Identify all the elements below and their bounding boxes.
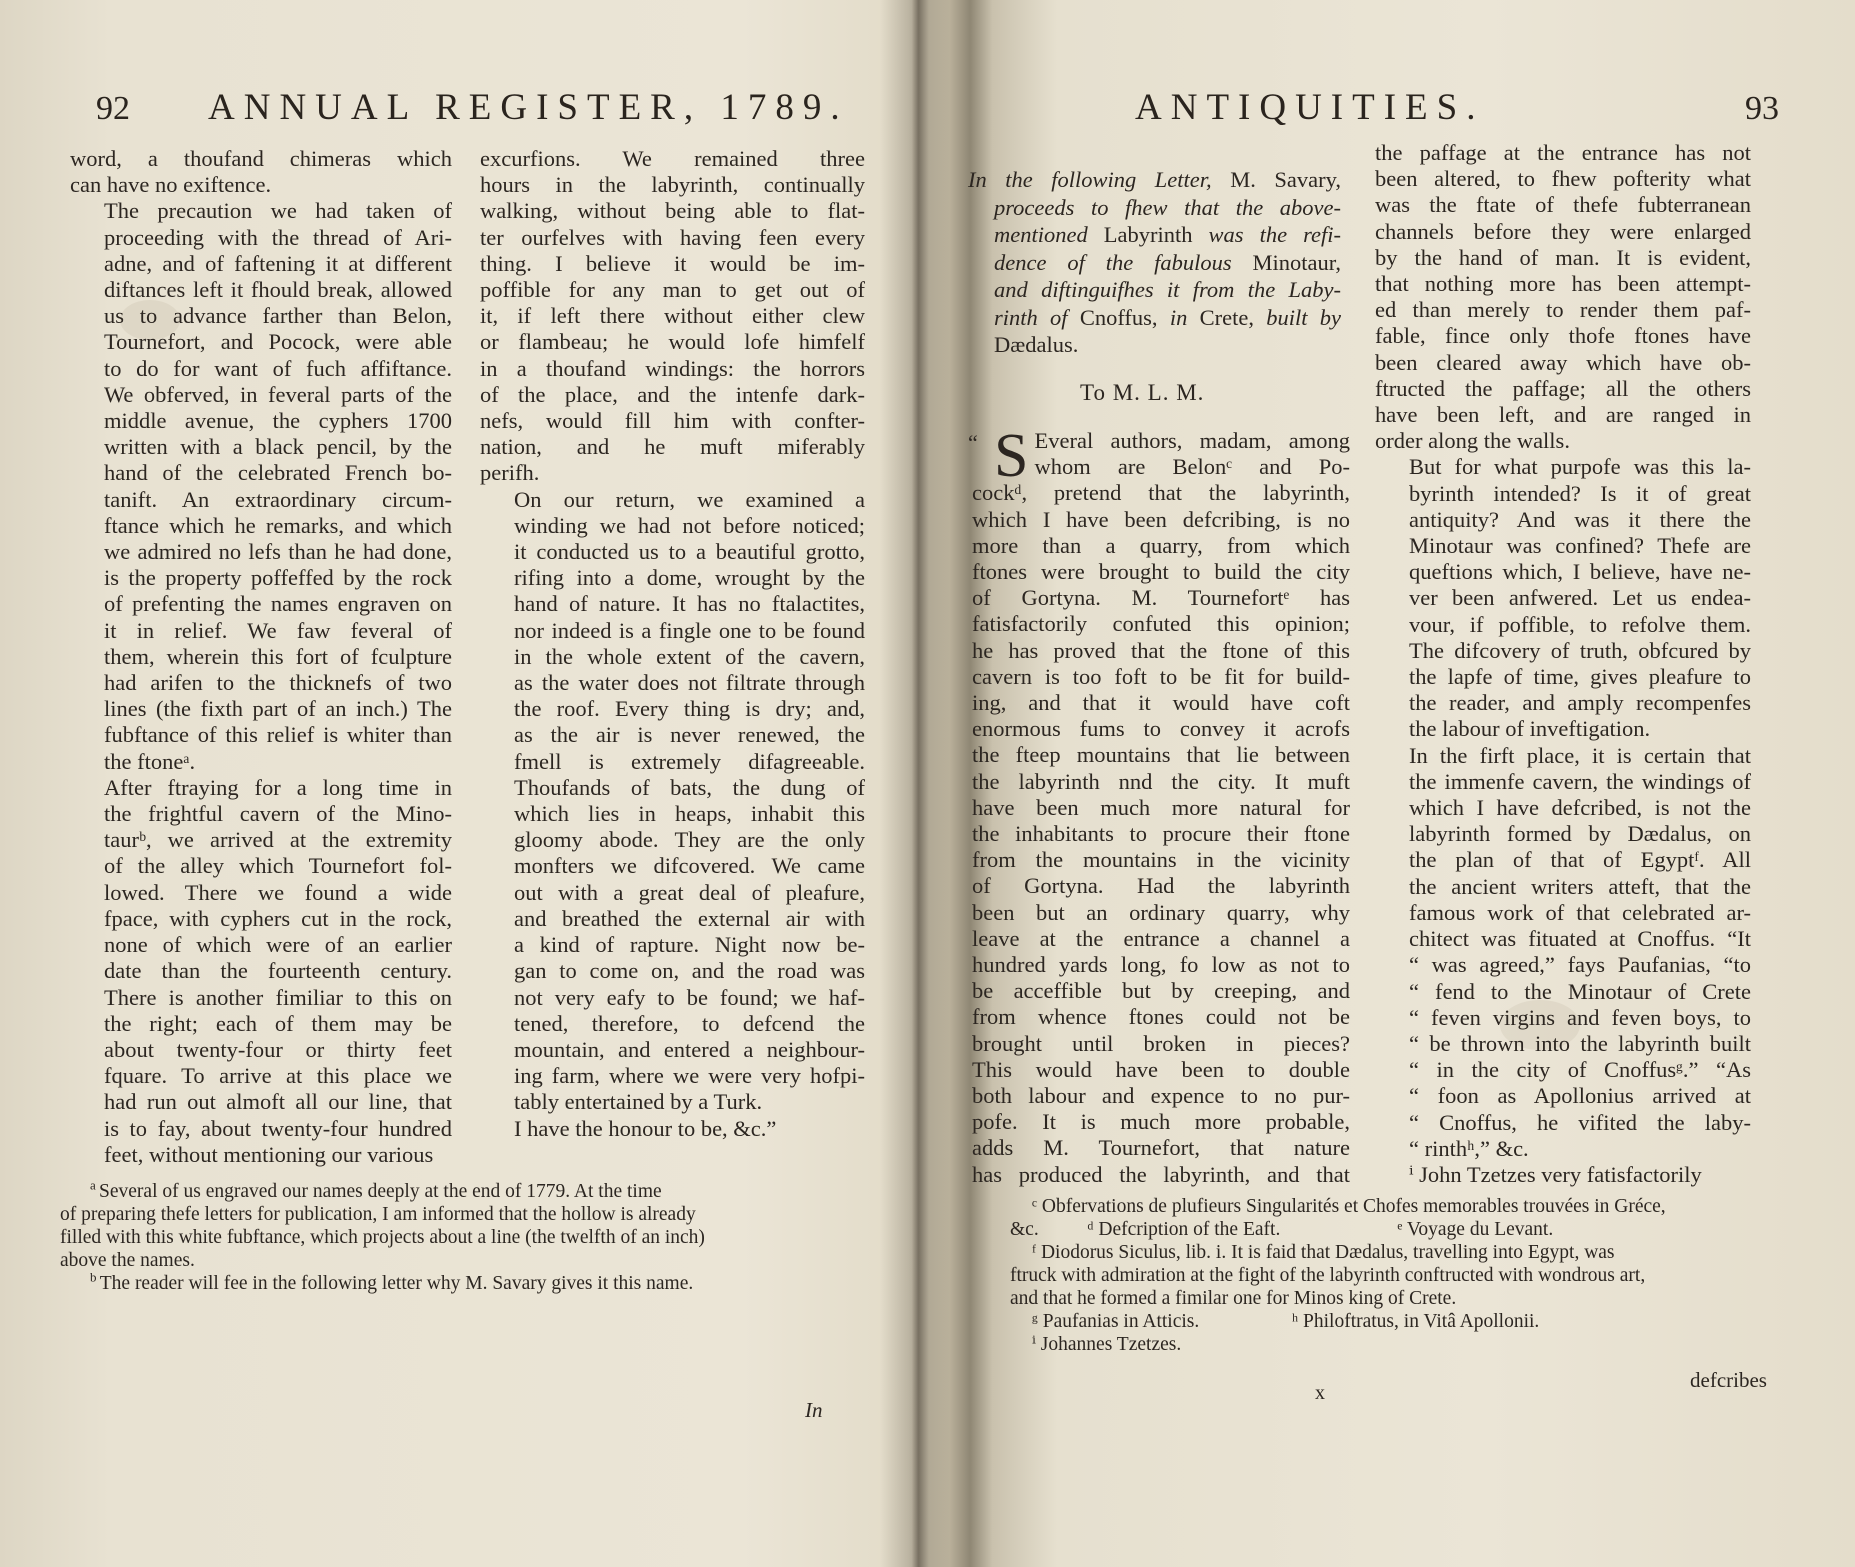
running-head: ANNUAL REGISTER, 1789. bbox=[208, 86, 849, 129]
text-line: In the firft place, it is certain that bbox=[1375, 743, 1751, 769]
text-line: “ fend to the Minotaur of Crete bbox=[1375, 979, 1751, 1005]
text-line: the inhabitants to procure their ftone bbox=[972, 821, 1350, 847]
text-line: a kind of rapture. Night now be- bbox=[480, 932, 865, 958]
text-line: “ was agreed,” fays Paufanias, “to bbox=[1375, 952, 1751, 978]
text-line: Tournefort, and Pocock, were able bbox=[70, 329, 452, 355]
text-line: fable, fince only thofe ftones have bbox=[1375, 323, 1751, 349]
text-line: from the mountains in the vicinity bbox=[972, 847, 1350, 873]
text-line: from whence ftones could not be bbox=[972, 1004, 1350, 1030]
book-gutter bbox=[880, 0, 950, 1567]
text-line: it, if left there without either clew bbox=[480, 303, 865, 329]
footnote-line: ᶜ Obfervations de plufieurs Singularités… bbox=[1010, 1195, 1790, 1218]
text-line: the roof. Every thing is dry; and, bbox=[480, 696, 865, 722]
text-line: byrinth intended? Is it of great bbox=[1375, 481, 1751, 507]
paragraph: the paffage at the entrance has notbeen … bbox=[1375, 140, 1751, 454]
text-line: as the water does not filtrate through bbox=[480, 670, 865, 696]
intro-segment: Minotaur, bbox=[1253, 250, 1341, 275]
text-line: of the alley which Tournefort fol- bbox=[70, 853, 452, 879]
text-line: them, wherein this fort of fculpture bbox=[70, 644, 452, 670]
text-line: the frightful cavern of the Mino- bbox=[70, 801, 452, 827]
text-line: of the place, and the intenfe dark- bbox=[480, 382, 865, 408]
text-line: the ancient writers atteft, that the bbox=[1375, 874, 1751, 900]
text-line: walking, without being able to flat- bbox=[480, 198, 865, 224]
text-line: the reader, and amply recompenfes bbox=[1375, 690, 1751, 716]
text-line: ed than merely to render them paf- bbox=[1375, 297, 1751, 323]
text-line: that nothing more has been attempt- bbox=[1375, 271, 1751, 297]
text-line: hundred yards long, fo low as not to bbox=[972, 952, 1350, 978]
paragraph: word, a thoufand chimeras whichcan have … bbox=[70, 146, 452, 198]
text-line: which I have defcribed, is not the bbox=[1375, 795, 1751, 821]
text-line: been but an ordinary quarry, why bbox=[972, 900, 1350, 926]
text-line: thing. I believe it would be im- bbox=[480, 251, 865, 277]
catchword: defcribes bbox=[1690, 1368, 1767, 1393]
text-line: the right; each of them may be bbox=[70, 1011, 452, 1037]
text-line: cockᵈ, pretend that the labyrinth, bbox=[972, 480, 1350, 506]
text-line: I have the honour to be, &c.” bbox=[480, 1116, 865, 1142]
footnote-line: ᵍ Paufanias in Atticis. ʰ Philoftratus, … bbox=[1010, 1310, 1790, 1333]
text-line: “ be thrown into the labyrinth built bbox=[1375, 1031, 1751, 1057]
text-line: lines (the fixth part of an inch.) The bbox=[70, 696, 452, 722]
intro-segment: in bbox=[1170, 305, 1200, 330]
text-line: it conducted us to a beautiful grotto, bbox=[480, 539, 865, 565]
text-line: Minotaur was confined? Thefe are bbox=[1375, 533, 1751, 559]
text-line: as the air is never renewed, the bbox=[480, 722, 865, 748]
text-line: hand of nature. It has no ftalactites, bbox=[480, 591, 865, 617]
intro-line: Dædalus. bbox=[968, 331, 1341, 359]
letter-opening: “SEveral authors, madam, amongwhom are B… bbox=[972, 428, 1350, 480]
text-line: we admired no lefs than he had done, bbox=[70, 539, 452, 565]
text-line: tanift. An extraordinary circum- bbox=[70, 487, 452, 513]
text-line: nation, and he muft miferably bbox=[480, 434, 865, 460]
text-line: the fteep mountains that lie between bbox=[972, 742, 1350, 768]
book-spread: 92 ANNUAL REGISTER, 1789. word, a thoufa… bbox=[0, 0, 1855, 1567]
text-line: in a thoufand windings: the horrors bbox=[480, 356, 865, 382]
text-line: be acceffible but by creeping, and bbox=[972, 978, 1350, 1004]
text-line: On our return, we examined a bbox=[480, 487, 865, 513]
text-line: queftions which, I believe, have ne- bbox=[1375, 559, 1751, 585]
text-line: by the hand of man. It is evident, bbox=[1375, 245, 1751, 271]
text-line: The difcovery of truth, obfcured by bbox=[1375, 638, 1751, 664]
intro-segment: was the refi- bbox=[1209, 222, 1341, 247]
footnote-line: ftruck with admiration at the fight of t… bbox=[1010, 1264, 1790, 1287]
text-line: chitect was fituated at Cnoffus. “It bbox=[1375, 926, 1751, 952]
text-line: can have no exiftence. bbox=[70, 172, 452, 198]
intro-line: dence of the fabulous Minotaur, bbox=[968, 249, 1341, 277]
text-line: nefs, would fill him with confter- bbox=[480, 408, 865, 434]
text-line: fmell is extremely difagreeable. bbox=[480, 749, 865, 775]
text-line: he has proved that the ftone of this bbox=[972, 638, 1350, 664]
text-line: The precaution we had taken of bbox=[70, 198, 452, 224]
text-line: mountain, and entered a neighbour- bbox=[480, 1037, 865, 1063]
text-line: out with a great deal of pleafure, bbox=[480, 880, 865, 906]
text-line: had arifen to the thicknefs of two bbox=[70, 670, 452, 696]
text-line: channels before they were enlarged bbox=[1375, 219, 1751, 245]
text-line: and breathed the external air with bbox=[480, 906, 865, 932]
text-line: word, a thoufand chimeras which bbox=[70, 146, 452, 172]
text-line: ing farm, where we were very hofpi- bbox=[480, 1063, 865, 1089]
text-line: hand of the celebrated French bo- bbox=[70, 460, 452, 486]
text-line: of prefenting the names engraven on bbox=[70, 591, 452, 617]
text-line: feet, without mentioning our various bbox=[70, 1142, 452, 1168]
text-line: Thoufands of bats, the dung of bbox=[480, 775, 865, 801]
text-line: had run out almoft all our line, that bbox=[70, 1089, 452, 1115]
text-line: date than the fourteenth century. bbox=[70, 958, 452, 984]
footnote-line: ᶠ Diodorus Siculus, lib. i. It is faid t… bbox=[1010, 1241, 1790, 1264]
text-line: or flambeau; he would lofe himfelf bbox=[480, 329, 865, 355]
text-line: ftones were brought to build the city bbox=[972, 559, 1350, 585]
text-line: Everal authors, madam, among bbox=[972, 428, 1350, 454]
text-line: winding we had not before noticed; bbox=[480, 513, 865, 539]
text-line: excurfions. We remained three bbox=[480, 146, 865, 172]
letter-introduction: In the following Letter, M. Savary,proce… bbox=[968, 166, 1341, 359]
footnote-line: of preparing thefe letters for publicati… bbox=[60, 1203, 850, 1226]
salutation: To M. L. M. bbox=[1080, 380, 1204, 406]
paragraph: I have the honour to be, &c.” bbox=[480, 1116, 865, 1142]
open-quote: “ bbox=[968, 430, 978, 456]
paragraph: But for what purpofe was this la-byrinth… bbox=[1375, 454, 1751, 742]
text-line: ver been anfwered. Let us endea- bbox=[1375, 585, 1751, 611]
intro-segment: Cnoffus, bbox=[1080, 305, 1170, 330]
text-line: fpace, with cyphers cut in the rock, bbox=[70, 906, 452, 932]
text-line: poffible for any man to get out of bbox=[480, 277, 865, 303]
text-line: the lapfe of time, gives pleafure to bbox=[1375, 664, 1751, 690]
text-line: to do for want of fuch affiftance. bbox=[70, 356, 452, 382]
text-line: of Gortyna. M. Tournefortᵉ has bbox=[972, 585, 1350, 611]
text-line: nor indeed is a fingle one to be found bbox=[480, 618, 865, 644]
text-line: it in relief. We faw feveral of bbox=[70, 618, 452, 644]
text-line: tably entertained by a Turk. bbox=[480, 1089, 865, 1115]
text-line: more than a quarry, from which bbox=[972, 533, 1350, 559]
text-line: enormous fums to convey it acrofs bbox=[972, 716, 1350, 742]
text-line: us to advance farther than Belon, bbox=[70, 303, 452, 329]
footnotes: ᶜ Obfervations de plufieurs Singularités… bbox=[1010, 1195, 1790, 1356]
intro-segment: Crete, bbox=[1200, 305, 1267, 330]
text-line: labyrinth formed by Dædalus, on bbox=[1375, 821, 1751, 847]
text-line: was the ftate of thefe fubterranean bbox=[1375, 192, 1751, 218]
paragraph: On our return, we examined awinding we h… bbox=[480, 487, 865, 1116]
intro-line: mentioned Labyrinth was the refi- bbox=[968, 221, 1341, 249]
intro-line: and diftinguifhes it from the Laby- bbox=[968, 276, 1341, 304]
page-number: 92 bbox=[96, 90, 130, 128]
intro-segment: mentioned bbox=[994, 222, 1104, 247]
text-line: ⁱ John Tzetzes very fatisfactorily bbox=[1375, 1162, 1751, 1188]
text-column-1: word, a thoufand chimeras whichcan have … bbox=[70, 146, 452, 1168]
text-line: in the whole extent of the cavern, bbox=[480, 644, 865, 670]
text-line: both labour and expence to no pur- bbox=[972, 1083, 1350, 1109]
text-line: “ Cnoffus, he vifited the laby- bbox=[1375, 1110, 1751, 1136]
text-line: of Gortyna. Had the labyrinth bbox=[972, 873, 1350, 899]
paragraph: The precaution we had taken ofproceeding… bbox=[70, 198, 452, 774]
text-line: gan to come on, and the road was bbox=[480, 958, 865, 984]
footnote-line: filled with this white fubftance, which … bbox=[60, 1226, 850, 1249]
intro-line: rinth of Cnoffus, in Crete, built by bbox=[968, 304, 1341, 332]
text-line: not very eafy to be found; we haf- bbox=[480, 985, 865, 1011]
text-line: “ foon as Apollonius arrived at bbox=[1375, 1083, 1751, 1109]
text-line: proceeding with the thread of Ari- bbox=[70, 225, 452, 251]
text-line: order along the walls. bbox=[1375, 428, 1751, 454]
text-line: lowed. There we found a wide bbox=[70, 880, 452, 906]
text-line: about twenty-four or thirty feet bbox=[70, 1037, 452, 1063]
intro-segment: proceeds to fhew that the above- bbox=[994, 195, 1341, 220]
intro-line: proceeds to fhew that the above- bbox=[968, 194, 1341, 222]
left-page: 92 ANNUAL REGISTER, 1789. word, a thoufa… bbox=[0, 0, 890, 1567]
text-line: vour, if poffible, to refolve them. bbox=[1375, 612, 1751, 638]
text-line: monfters we difcovered. We came bbox=[480, 853, 865, 879]
text-line: is to fay, about twenty-four hundred bbox=[70, 1116, 452, 1142]
text-line: taurᵇ, we arrived at the extremity bbox=[70, 827, 452, 853]
text-line: “ rinthʰ,” &c. bbox=[1375, 1136, 1751, 1162]
text-line: pofe. It is much more probable, bbox=[972, 1109, 1350, 1135]
text-line: gloomy abode. They are the only bbox=[480, 827, 865, 853]
text-line: none of which were of an earlier bbox=[70, 932, 452, 958]
text-line: which lies in heaps, inhabit this bbox=[480, 801, 865, 827]
text-line: the plan of that of Egyptᶠ. All bbox=[1375, 847, 1751, 873]
text-line: has produced the labyrinth, and that bbox=[972, 1162, 1350, 1188]
text-line: the labyrinth nnd the city. It muft bbox=[972, 769, 1350, 795]
footnote-mark: a bbox=[90, 1178, 99, 1193]
text-line: is the property poffeffed by the rock bbox=[70, 565, 452, 591]
text-line: We obferved, in feveral parts of the bbox=[70, 382, 452, 408]
running-head: ANTIQUITIES. bbox=[1135, 86, 1484, 129]
intro-segment: Dædalus. bbox=[994, 332, 1078, 357]
text-line: the ftoneᵃ. bbox=[70, 749, 452, 775]
text-line: the immenfe cavern, the windings of bbox=[1375, 769, 1751, 795]
text-line: leave at the entrance a channel a bbox=[972, 926, 1350, 952]
text-line: have been much more natural for bbox=[972, 795, 1350, 821]
right-page: ANTIQUITIES. 93 In the following Letter,… bbox=[950, 0, 1855, 1567]
text-column-2: the paffage at the entrance has notbeen … bbox=[1375, 140, 1751, 1188]
text-line: brought until broken in pieces? bbox=[972, 1031, 1350, 1057]
footnote-line: and that he formed a fimilar one for Min… bbox=[1010, 1287, 1790, 1310]
text-line: ftructed the paffage; all the others bbox=[1375, 376, 1751, 402]
catchword: In bbox=[805, 1398, 823, 1423]
text-line: which I have been defcribing, is no bbox=[972, 507, 1350, 533]
intro-segment: M. Savary, bbox=[1230, 167, 1341, 192]
text-line: “ in the city of Cnoffusᵍ.” “As bbox=[1375, 1057, 1751, 1083]
text-line: hours in the labyrinth, continually bbox=[480, 172, 865, 198]
text-line: ter ourfelves with having feen every bbox=[480, 225, 865, 251]
paragraph: ⁱ John Tzetzes very fatisfactorily bbox=[1375, 1162, 1751, 1188]
text-line: fquare. To arrive at this place we bbox=[70, 1063, 452, 1089]
text-line: been altered, to fhew pofterity what bbox=[1375, 166, 1751, 192]
footnote-line: ⁱ Johannes Tzetzes. bbox=[1010, 1333, 1790, 1356]
text-line: diftances left it fhould break, allowed bbox=[70, 277, 452, 303]
text-line: fatisfactorily confuted this opinion; bbox=[972, 611, 1350, 637]
paragraph: After ftraying for a long time inthe fri… bbox=[70, 775, 452, 1168]
text-line: ftance which he remarks, and which bbox=[70, 513, 452, 539]
signature-mark: x bbox=[1315, 1382, 1325, 1405]
text-line: But for what purpofe was this la- bbox=[1375, 454, 1751, 480]
text-line: famous work of that celebrated ar- bbox=[1375, 900, 1751, 926]
text-line: After ftraying for a long time in bbox=[70, 775, 452, 801]
text-line: tened, therefore, to defcend the bbox=[480, 1011, 865, 1037]
text-column-1: “SEveral authors, madam, amongwhom are B… bbox=[972, 428, 1350, 1188]
intro-segment: In the following Letter, bbox=[968, 167, 1230, 192]
footnote-line: &c. ᵈ Defcription of the Eaft. ᵉ Voyage … bbox=[1010, 1218, 1790, 1241]
intro-segment: built by bbox=[1266, 305, 1341, 330]
intro-segment: dence of the fabulous bbox=[994, 250, 1253, 275]
text-line: “ feven virgins and feven boys, to bbox=[1375, 1005, 1751, 1031]
intro-segment: rinth of bbox=[994, 305, 1080, 330]
text-line: whom are Belonᶜ and Po- bbox=[972, 454, 1350, 480]
text-line: the paffage at the entrance has not bbox=[1375, 140, 1751, 166]
text-line: rifing into a dome, wrought by the bbox=[480, 565, 865, 591]
page-number: 93 bbox=[1745, 90, 1779, 128]
intro-segment: and diftinguifhes it from the Laby- bbox=[994, 277, 1341, 302]
text-column-2: excurfions. We remained threehours in th… bbox=[480, 146, 865, 1142]
paragraph: excurfions. We remained threehours in th… bbox=[480, 146, 865, 487]
text-line: cavern is too foft to be fit for build- bbox=[972, 664, 1350, 690]
footnotes: a Several of us engraved our names deepl… bbox=[60, 1180, 850, 1295]
footnote-line: above the names. bbox=[60, 1249, 850, 1272]
text-line: middle avenue, the cyphers 1700 bbox=[70, 408, 452, 434]
text-line: fubftance of this relief is whiter than bbox=[70, 722, 452, 748]
text-line: antiquity? And was it there the bbox=[1375, 507, 1751, 533]
intro-segment: Labyrinth bbox=[1104, 222, 1209, 247]
text-line: ing, and that it would have coft bbox=[972, 690, 1350, 716]
footnote-mark: b bbox=[90, 1270, 100, 1285]
intro-line: In the following Letter, M. Savary, bbox=[968, 166, 1341, 194]
text-line: This would have been to double bbox=[972, 1057, 1350, 1083]
drop-cap: S bbox=[994, 432, 1028, 480]
paragraph: In the firft place, it is certain thatth… bbox=[1375, 743, 1751, 1162]
footnote-line: a Several of us engraved our names deepl… bbox=[60, 1180, 850, 1203]
text-line: perifh. bbox=[480, 460, 865, 486]
text-line: adds M. Tournefort, that nature bbox=[972, 1135, 1350, 1161]
text-line: adne, and of faftening it at different bbox=[70, 251, 452, 277]
text-line: There is another fimiliar to this on bbox=[70, 985, 452, 1011]
footnote-line: b The reader will fee in the following l… bbox=[60, 1272, 850, 1295]
text-line: written with a black pencil, by the bbox=[70, 434, 452, 460]
text-line: been cleared away which have ob- bbox=[1375, 350, 1751, 376]
text-line: the labour of inveftigation. bbox=[1375, 716, 1751, 742]
text-line: have been left, and are ranged in bbox=[1375, 402, 1751, 428]
